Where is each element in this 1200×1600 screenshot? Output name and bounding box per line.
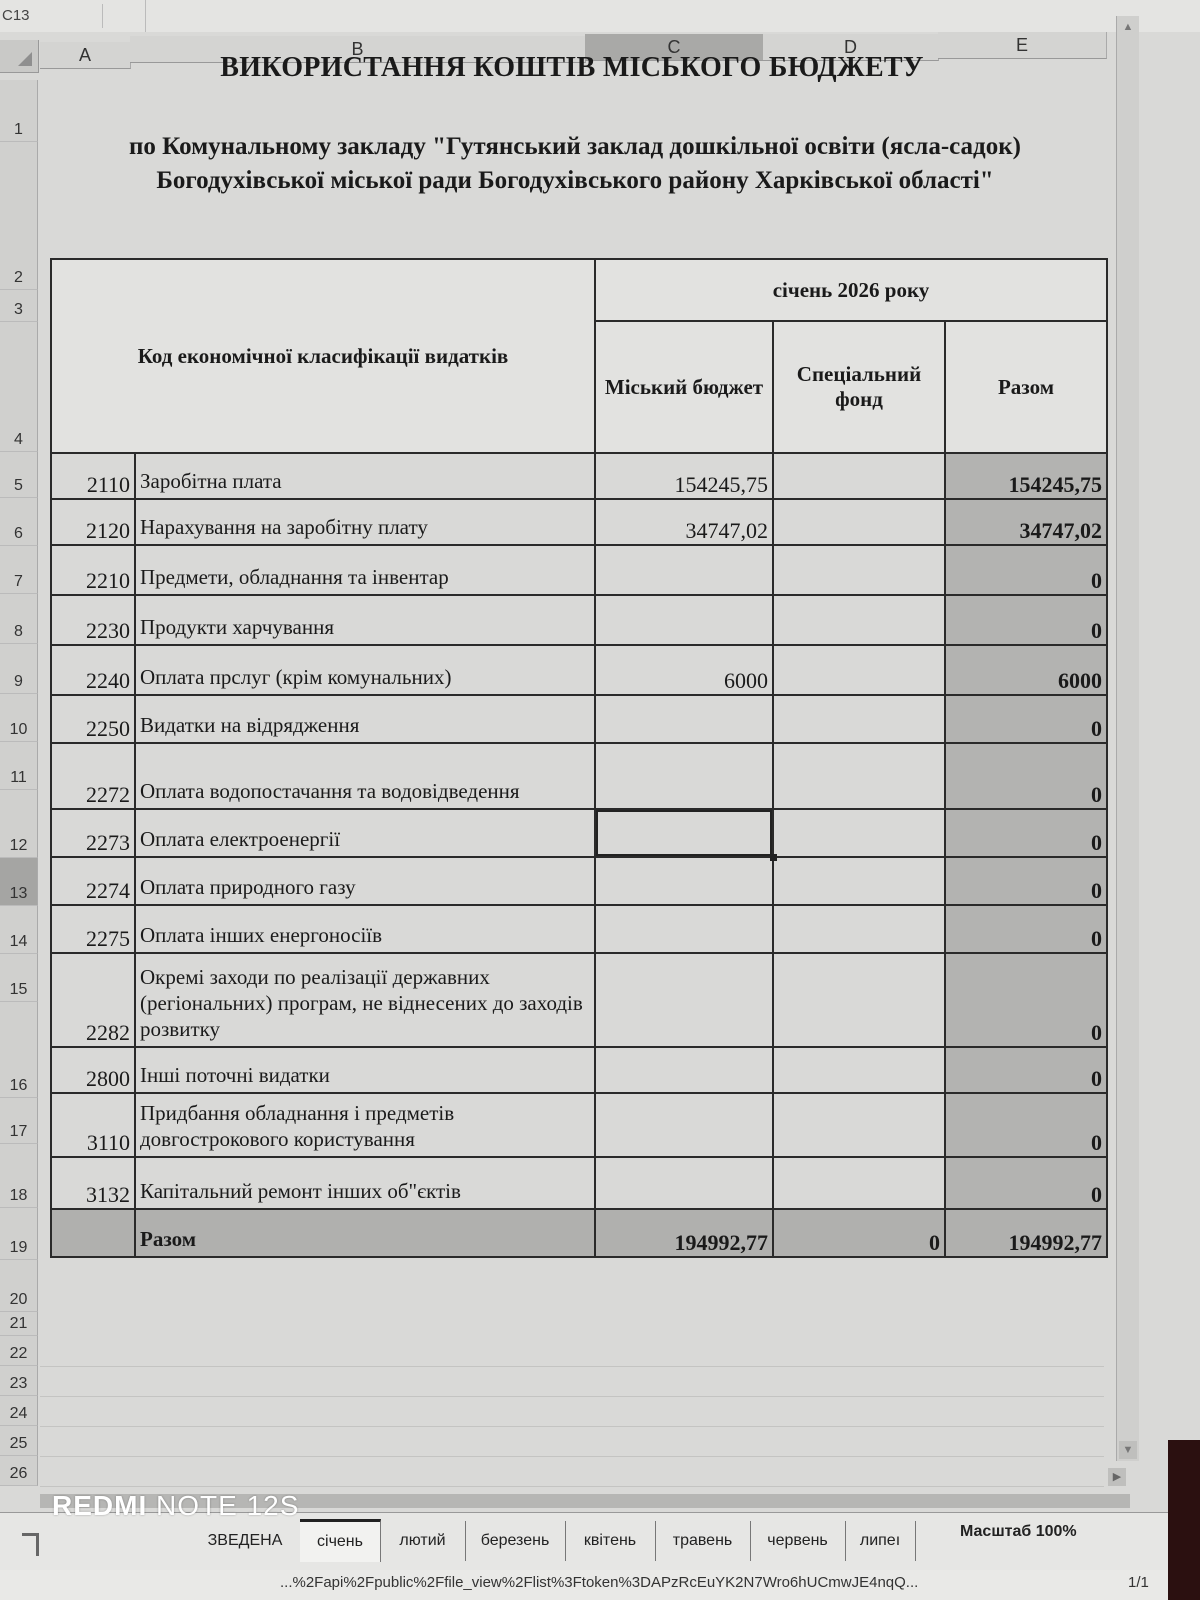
total-row: Разом194992,770194992,77 bbox=[51, 1209, 1107, 1257]
table-row: 2275Оплата інших енергоносіїв0 bbox=[51, 905, 1107, 953]
cell-name[interactable]: Оплата електроенергії bbox=[135, 809, 595, 857]
row-header-19[interactable]: 19 bbox=[0, 1208, 38, 1260]
cell-code[interactable]: 2800 bbox=[51, 1047, 135, 1093]
cell-name[interactable]: Оплата інших енергоносіїв bbox=[135, 905, 595, 953]
cell-total[interactable]: 34747,02 bbox=[945, 499, 1107, 545]
scroll-down-arrow-icon[interactable]: ▼ bbox=[1119, 1441, 1137, 1459]
cell-city-budget[interactable] bbox=[595, 1093, 773, 1157]
cell-city-budget[interactable] bbox=[595, 695, 773, 743]
gridline bbox=[40, 1456, 1104, 1457]
cell-total-city-budget[interactable]: 194992,77 bbox=[595, 1209, 773, 1257]
cell-city-budget[interactable] bbox=[595, 1047, 773, 1093]
cell-city-budget[interactable] bbox=[595, 857, 773, 905]
cell-total[interactable]: 0 bbox=[945, 1093, 1107, 1157]
cell-special-fund[interactable] bbox=[773, 595, 945, 645]
cell-name[interactable]: Заробітна плата bbox=[135, 453, 595, 499]
cell-city-budget[interactable] bbox=[595, 1157, 773, 1209]
row-header-23[interactable]: 23 bbox=[0, 1366, 38, 1396]
cell-total[interactable]: 6000 bbox=[945, 645, 1107, 695]
row-header-14[interactable]: 14 bbox=[0, 906, 38, 954]
cell-city-budget[interactable] bbox=[595, 595, 773, 645]
status-url: ...%2Fapi%2Fpublic%2Ffile_view%2Flist%3F… bbox=[280, 1574, 1100, 1591]
row-header-22[interactable]: 22 bbox=[0, 1336, 38, 1366]
sheet-tab-3[interactable]: лютий bbox=[380, 1521, 466, 1561]
select-all-corner[interactable] bbox=[0, 40, 39, 73]
vertical-scrollbar[interactable]: ▲ ▼ bbox=[1116, 16, 1139, 1461]
cell-name[interactable]: Продукти харчування bbox=[135, 595, 595, 645]
cell-code[interactable]: 2274 bbox=[51, 857, 135, 905]
cell-total[interactable]: 0 bbox=[945, 857, 1107, 905]
cell-special-fund[interactable] bbox=[773, 905, 945, 953]
cell-total[interactable]: 0 bbox=[945, 595, 1107, 645]
formula-bar: C13 bbox=[0, 0, 1200, 32]
sheet-tab-1[interactable]: ЗВЕДЕНА bbox=[190, 1521, 301, 1561]
sheet-tab-8[interactable]: липеı bbox=[845, 1521, 916, 1561]
table-row: 2250Видатки на відрядження0 bbox=[51, 695, 1107, 743]
cell-special-fund[interactable] bbox=[773, 499, 945, 545]
cell-special-fund[interactable] bbox=[773, 645, 945, 695]
header-period: січень 2026 року bbox=[595, 259, 1107, 321]
table-row: 2273Оплата електроенергії0 bbox=[51, 809, 1107, 857]
page-title: ВИКОРИСТАННЯ КОШТІВ МІСЬКОГО БЮДЖЕТУ bbox=[40, 52, 1104, 84]
row-header-7[interactable]: 7 bbox=[0, 546, 38, 594]
cell-total-special-fund[interactable]: 0 bbox=[773, 1209, 945, 1257]
cell-code[interactable]: 2273 bbox=[51, 809, 135, 857]
sheet-tab-7[interactable]: червень bbox=[750, 1521, 846, 1561]
row-header-6[interactable]: 6 bbox=[0, 498, 38, 546]
cell-code[interactable]: 2230 bbox=[51, 595, 135, 645]
select-all-triangle-icon bbox=[18, 52, 32, 66]
row-header-5[interactable]: 5 bbox=[0, 452, 38, 498]
row-header-26[interactable]: 26 bbox=[0, 1456, 38, 1486]
sheet-tab-6[interactable]: травень bbox=[655, 1521, 751, 1561]
header-city-budget: Міський бюджет bbox=[595, 321, 773, 453]
table-row: 2240Оплата прслуг (крім комунальних)6000… bbox=[51, 645, 1107, 695]
cell-total[interactable]: 0 bbox=[945, 953, 1107, 1047]
cell-city-budget[interactable] bbox=[595, 905, 773, 953]
row-header-17[interactable]: 17 bbox=[0, 1098, 38, 1144]
cell-city-budget[interactable]: 154245,75 bbox=[595, 453, 773, 499]
page-subtitle: по Комунальному закладу "Гутянський закл… bbox=[60, 130, 1090, 198]
cell-name[interactable]: Окремі заходи по реалізації державних (р… bbox=[135, 953, 595, 1047]
cell-name[interactable]: Інші поточні видатки bbox=[135, 1047, 595, 1093]
status-line: ...%2Fapi%2Fpublic%2Ffile_view%2Flist%3F… bbox=[0, 1570, 1200, 1600]
camera-watermark: REDMI NOTE 12S bbox=[52, 1490, 299, 1522]
cell-total[interactable]: 0 bbox=[945, 809, 1107, 857]
table-row: 2210Предмети, обладнання та інвентар0 bbox=[51, 545, 1107, 595]
gridline bbox=[40, 1486, 1104, 1487]
cell-total[interactable]: 0 bbox=[945, 1157, 1107, 1209]
cell-code[interactable]: 2120 bbox=[51, 499, 135, 545]
sheet-tab-4[interactable]: березень bbox=[465, 1521, 566, 1561]
cell-city-budget[interactable]: 6000 bbox=[595, 645, 773, 695]
gridline bbox=[40, 1426, 1104, 1427]
cell-name[interactable]: Капітальний ремонт інших об"єктів bbox=[135, 1157, 595, 1209]
cell-name[interactable]: Предмети, обладнання та інвентар bbox=[135, 545, 595, 595]
row-header-3[interactable]: 3 bbox=[0, 290, 38, 322]
row-header-2[interactable]: 2 bbox=[0, 142, 38, 290]
cell-name[interactable]: Нарахування на заробітну плату bbox=[135, 499, 595, 545]
cell-special-fund[interactable] bbox=[773, 1047, 945, 1093]
scroll-up-arrow-icon[interactable]: ▲ bbox=[1119, 18, 1137, 36]
row-header-1[interactable]: 1 bbox=[0, 80, 38, 142]
table-row: 2110Заробітна плата154245,75154245,75 bbox=[51, 453, 1107, 499]
zoom-level[interactable]: Масштаб 100% bbox=[960, 1523, 1077, 1541]
row-header-16[interactable]: 16 bbox=[0, 1002, 38, 1098]
row-header-24[interactable]: 24 bbox=[0, 1396, 38, 1426]
cell-city-budget[interactable] bbox=[595, 953, 773, 1047]
gridline bbox=[40, 1366, 1104, 1367]
cell-code[interactable]: 3110 bbox=[51, 1093, 135, 1157]
fill-handle[interactable] bbox=[770, 854, 777, 861]
row-header-20[interactable]: 20 bbox=[0, 1260, 38, 1312]
cell-special-fund[interactable] bbox=[773, 545, 945, 595]
sheet-tab-5[interactable]: квітень bbox=[565, 1521, 656, 1561]
watermark-model: NOTE 12S bbox=[156, 1490, 299, 1521]
table-row: 2230Продукти харчування0 bbox=[51, 595, 1107, 645]
cell-total-label[interactable]: Разом bbox=[135, 1209, 595, 1257]
cell-city-budget[interactable] bbox=[595, 743, 773, 809]
cell-name[interactable]: Оплата прслуг (крім комунальних) bbox=[135, 645, 595, 695]
table-row: 2282Окремі заходи по реалізації державни… bbox=[51, 953, 1107, 1047]
cell-code[interactable]: 2275 bbox=[51, 905, 135, 953]
cell-code[interactable]: 2110 bbox=[51, 453, 135, 499]
table-row: 2274Оплата природного газу0 bbox=[51, 857, 1107, 905]
cell-total[interactable]: 0 bbox=[945, 905, 1107, 953]
header-special-fund: Спеціальний фонд bbox=[773, 321, 945, 453]
name-box[interactable]: C13 bbox=[0, 4, 103, 28]
cell-special-fund[interactable] bbox=[773, 857, 945, 905]
cell-code[interactable]: 2272 bbox=[51, 743, 135, 809]
table-row: 2800Інші поточні видатки0 bbox=[51, 1047, 1107, 1093]
cell-special-fund[interactable] bbox=[773, 809, 945, 857]
cell-total[interactable]: 0 bbox=[945, 743, 1107, 809]
cell-city-budget[interactable]: 34747,02 bbox=[595, 499, 773, 545]
cell-grand-total[interactable]: 194992,77 bbox=[945, 1209, 1107, 1257]
tab-scroll-corner-icon bbox=[22, 1533, 39, 1556]
cell-special-fund[interactable] bbox=[773, 743, 945, 809]
table-row: 2272Оплата водопостачання та водовідведе… bbox=[51, 743, 1107, 809]
cell-total[interactable]: 0 bbox=[945, 1047, 1107, 1093]
gridline bbox=[40, 1396, 1104, 1397]
cell-special-fund[interactable] bbox=[773, 953, 945, 1047]
row-header-9[interactable]: 9 bbox=[0, 644, 38, 694]
cell-code[interactable]: 3132 bbox=[51, 1157, 135, 1209]
page-count: 1/1 bbox=[1128, 1574, 1149, 1591]
cell-code[interactable]: 2210 bbox=[51, 545, 135, 595]
cell-total[interactable]: 0 bbox=[945, 545, 1107, 595]
row-header-15[interactable]: 15 bbox=[0, 954, 38, 1002]
table-row: 3132Капітальний ремонт інших об"єктів0 bbox=[51, 1157, 1107, 1209]
row-header-4[interactable]: 4 bbox=[0, 322, 38, 452]
cell-total-blank[interactable] bbox=[51, 1209, 135, 1257]
selected-cell-c13[interactable] bbox=[595, 809, 773, 857]
cell-name[interactable]: Оплата водопостачання та водовідведення bbox=[135, 743, 595, 809]
cell-code[interactable]: 2250 bbox=[51, 695, 135, 743]
cell-name[interactable]: Видатки на відрядження bbox=[135, 695, 595, 743]
cell-city-budget[interactable] bbox=[595, 545, 773, 595]
cell-total[interactable]: 0 bbox=[945, 695, 1107, 743]
scroll-right-arrow-icon[interactable]: ▶ bbox=[1108, 1468, 1126, 1486]
row-header-12[interactable]: 12 bbox=[0, 790, 38, 858]
cell-special-fund[interactable] bbox=[773, 453, 945, 499]
photo-edge bbox=[1168, 1440, 1200, 1600]
watermark-brand: REDMI bbox=[52, 1490, 147, 1521]
cell-special-fund[interactable] bbox=[773, 1093, 945, 1157]
cell-special-fund[interactable] bbox=[773, 1157, 945, 1209]
table-row: 2120Нарахування на заробітну плату34747,… bbox=[51, 499, 1107, 545]
cell-special-fund[interactable] bbox=[773, 695, 945, 743]
row-header-11[interactable]: 11 bbox=[0, 742, 38, 790]
row-header-10[interactable]: 10 bbox=[0, 694, 38, 742]
table-row: 3110Придбання обладнання і предметів дов… bbox=[51, 1093, 1107, 1157]
row-header-18[interactable]: 18 bbox=[0, 1144, 38, 1208]
budget-table: Код економічної класифікації видатків сі… bbox=[50, 258, 1108, 1258]
cell-name[interactable]: Оплата природного газу bbox=[135, 857, 595, 905]
cell-code[interactable]: 2240 bbox=[51, 645, 135, 695]
sheet-tab-2[interactable]: січень bbox=[300, 1519, 381, 1562]
cell-name[interactable]: Придбання обладнання і предметів довгост… bbox=[135, 1093, 595, 1157]
cell-code[interactable]: 2282 bbox=[51, 953, 135, 1047]
row-header-21[interactable]: 21 bbox=[0, 1312, 38, 1336]
cell-total[interactable]: 154245,75 bbox=[945, 453, 1107, 499]
row-header-8[interactable]: 8 bbox=[0, 594, 38, 644]
header-code-classification: Код економічної класифікації видатків bbox=[51, 259, 595, 453]
formula-bar-divider bbox=[145, 0, 146, 32]
row-header-13[interactable]: 13 bbox=[0, 858, 38, 906]
header-total: Разом bbox=[945, 321, 1107, 453]
row-header-25[interactable]: 25 bbox=[0, 1426, 38, 1456]
